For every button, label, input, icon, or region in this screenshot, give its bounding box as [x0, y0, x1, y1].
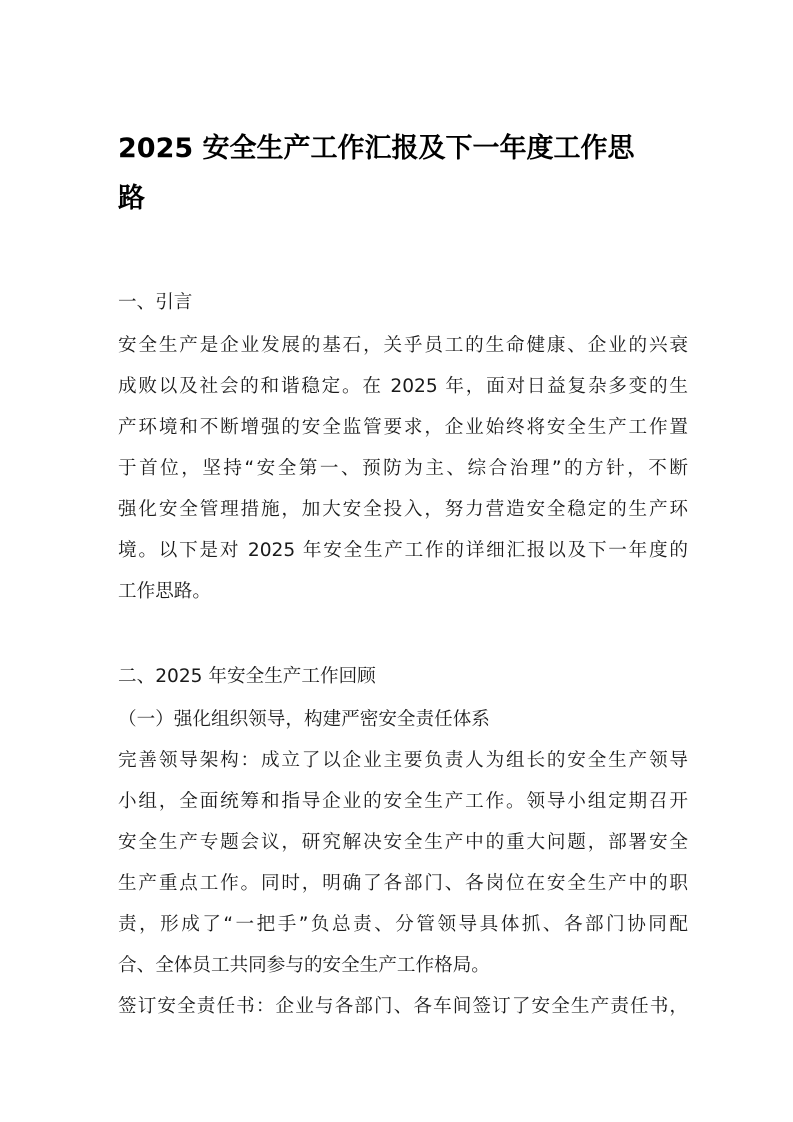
paragraph-line: 合、全体员工共同参与的安全生产工作格局。 — [118, 953, 688, 979]
paragraph-line: 强化安全管理措施，加大安全投入，努力营造安全稳定的生产环 — [118, 497, 688, 523]
paragraph-line: 境。以下是对 2025 年安全生产工作的详细汇报以及下一年度的 — [118, 538, 688, 564]
paragraph-line: 生产重点工作。同时，明确了各部门、各岗位在安全生产中的职 — [118, 871, 688, 897]
section-heading-review: 二、2025 年安全生产工作回顾 — [118, 664, 688, 690]
section-heading-introduction: 一、引言 — [118, 290, 688, 316]
title-line-2: 路 — [118, 183, 145, 214]
paragraph-line: 安全生产专题会议，研究解决安全生产中的重大问题，部署安全 — [118, 830, 688, 856]
paragraph-line: 安全生产是企业发展的基石，关乎员工的生命健康、企业的兴衰 — [118, 333, 688, 359]
paragraph-line: 产环境和不断增强的安全监管要求，企业始终将安全生产工作置 — [118, 415, 688, 441]
subsection-heading: （一）强化组织领导，构建严密安全责任体系 — [118, 707, 688, 733]
paragraph-line: 责，形成了“一把手”负总责、分管领导具体抓、各部门协同配 — [118, 912, 688, 938]
title-line-1: 2025 安全生产工作汇报及下一年度工作思 — [118, 133, 635, 164]
paragraph-line: 成败以及社会的和谐稳定。在 2025 年，面对日益复杂多变的生 — [118, 374, 688, 400]
document-title: 2025 安全生产工作汇报及下一年度工作思 路 — [118, 124, 688, 224]
paragraph-line: 小组，全面统筹和指导企业的安全生产工作。领导小组定期召开 — [118, 789, 688, 815]
paragraph-line: 于首位，坚持“安全第一、预防为主、综合治理”的方针，不断 — [118, 456, 688, 482]
paragraph-line: 完善领导架构：成立了以企业主要负责人为组长的安全生产领导 — [118, 748, 688, 774]
paragraph-line: 工作思路。 — [118, 579, 688, 605]
paragraph-line: 签订安全责任书：企业与各部门、各车间签订了安全生产责任书， — [118, 994, 688, 1020]
document-page: 2025 安全生产工作汇报及下一年度工作思 路 一、引言 安全生产是企业发展的基… — [0, 0, 793, 1122]
